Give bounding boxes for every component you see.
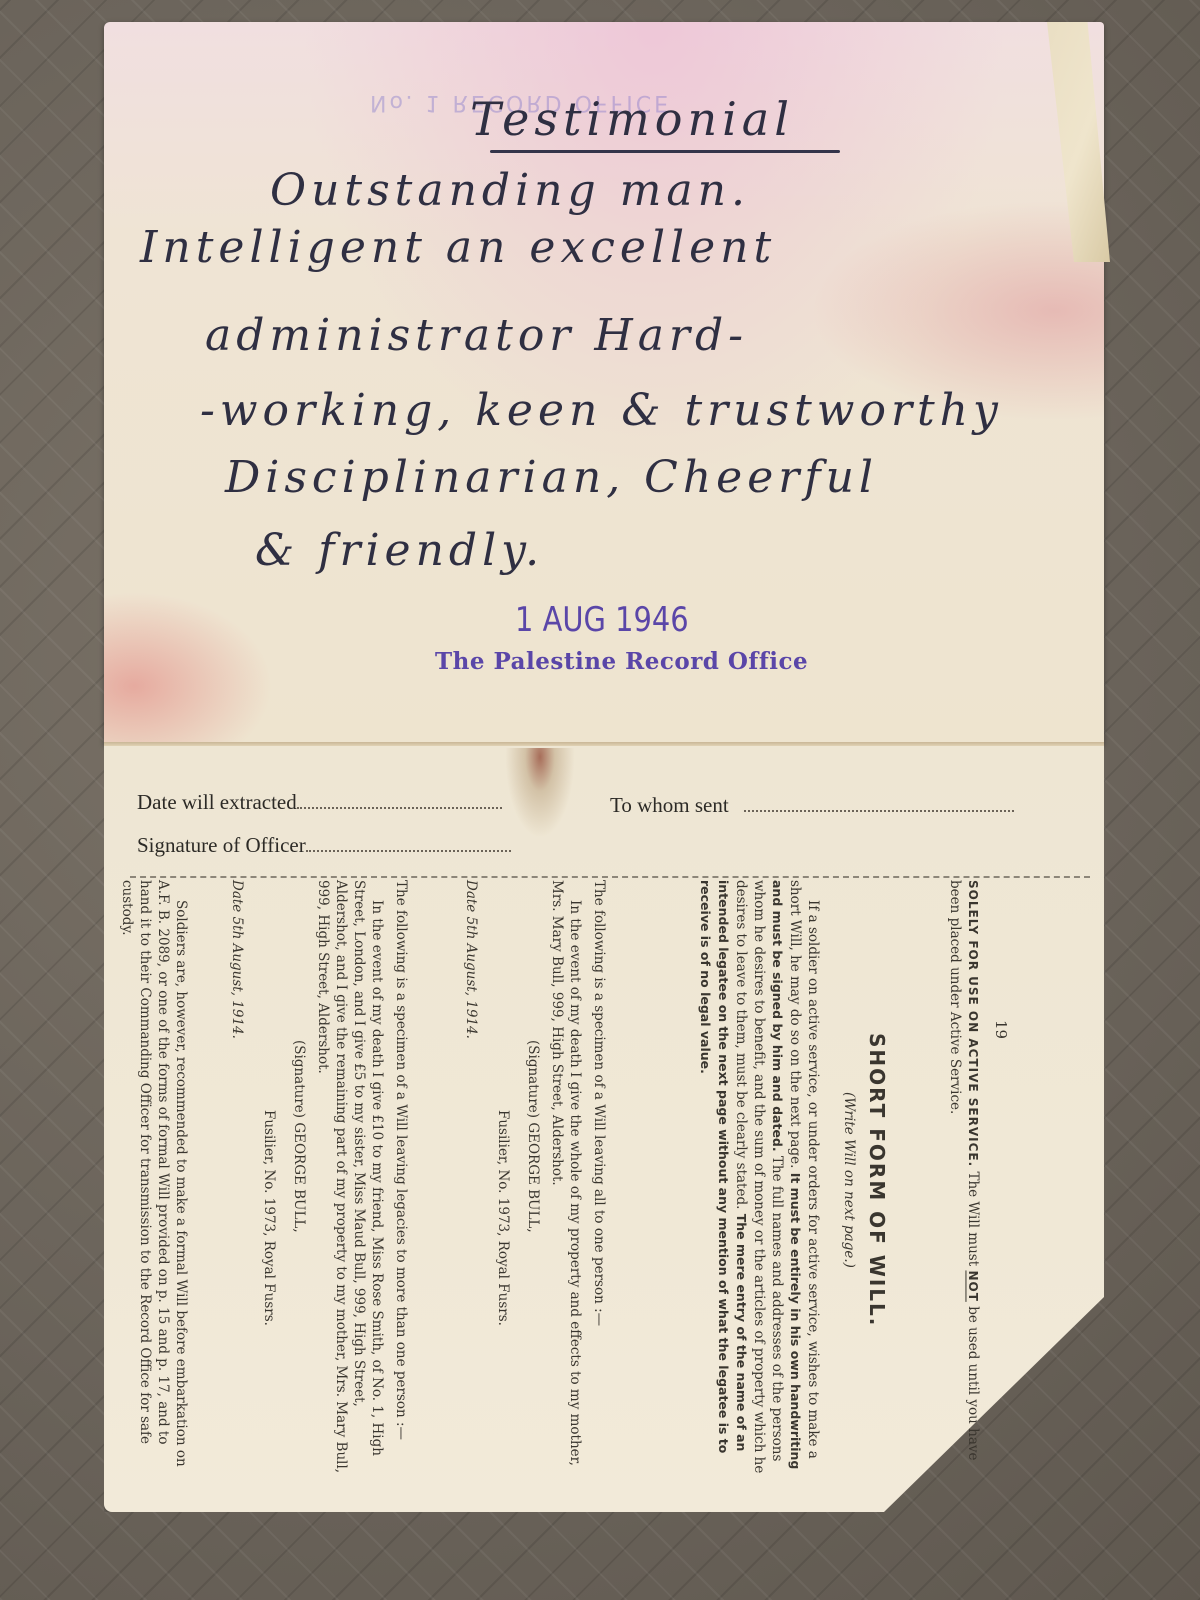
specimen-2-signature: (Signature) GEORGE BULL,	[290, 880, 308, 1480]
specimen-1-date: Date 5th August, 1914.	[462, 880, 480, 1480]
short-form-heading: SHORT FORM OF WILL.	[868, 880, 886, 1480]
specimen-1-rank: Fusilier, No. 1973, Royal Fusrs.	[494, 880, 512, 1480]
handwritten-line-5: Disciplinarian, Cheerful	[225, 452, 878, 503]
specimen-2-body: In the event of my death I give £10 to m…	[314, 880, 386, 1480]
date-will-extracted-field: Date will extracted	[137, 790, 502, 815]
handwritten-line-6: & friendly.	[255, 525, 544, 576]
specimen-1-body: In the event of my death I give the whol…	[548, 880, 584, 1480]
instructions-column: If a soldier on active service, or under…	[622, 880, 822, 1480]
title-underline	[490, 150, 840, 153]
closing-column: Soldiers are, however, recommended to ma…	[112, 880, 190, 1480]
notice-caps: SOLELY FOR USE ON ACTIVE SERVICE.	[966, 880, 980, 1167]
handwritten-line-1: Outstanding man.	[270, 165, 750, 216]
specimen-1-intro: The following is a specimen of a Will le…	[590, 880, 608, 1480]
folded-corner	[1020, 22, 1110, 262]
to-whom-sent-field: To whom sent	[610, 793, 1014, 818]
handwritten-line-3: administrator Hard-	[205, 310, 748, 361]
notice-text-1: The Will must	[965, 1171, 981, 1266]
perforation-line	[130, 876, 1090, 878]
page-fold	[104, 742, 1104, 746]
signature-of-officer-label: Signature of Officer	[137, 833, 306, 857]
office-stamp: The Palestine Record Office	[435, 648, 808, 675]
date-will-extracted-blank	[297, 807, 502, 809]
instructions-paragraph: If a soldier on active service, or under…	[696, 880, 822, 1480]
specimen-2-column: The following is a specimen of a Will le…	[220, 880, 410, 1480]
handwritten-title: Testimonial	[470, 92, 794, 146]
to-whom-sent-blank	[744, 810, 1014, 812]
specimen-1-column: The following is a specimen of a Will le…	[454, 880, 608, 1480]
notice-column: SOLELY FOR USE ON ACTIVE SERVICE. The Wi…	[940, 880, 982, 1480]
date-stamp: 1 AUG 1946	[515, 600, 689, 640]
signature-of-officer-field: Signature of Officer	[137, 833, 511, 858]
handwritten-line-4: -working, keen & trustworthy	[200, 385, 1003, 436]
signature-of-officer-blank	[306, 850, 511, 852]
page-number-column: 19	[982, 880, 1010, 1480]
specimen-2-date: Date 5th August, 1914.	[228, 880, 246, 1480]
active-service-notice: SOLELY FOR USE ON ACTIVE SERVICE. The Wi…	[946, 880, 982, 1480]
date-will-extracted-label: Date will extracted	[137, 790, 297, 814]
specimen-2-rank: Fusilier, No. 1973, Royal Fusrs.	[260, 880, 278, 1480]
to-whom-sent-label: To whom sent	[610, 793, 729, 817]
handwritten-line-2: Intelligent an excellent	[140, 222, 776, 273]
specimen-2-intro: The following is a specimen of a Will le…	[392, 880, 410, 1480]
specimen-1-signature: (Signature) GEORGE BULL,	[524, 880, 542, 1480]
heading-column: SHORT FORM OF WILL. (Write Will on next …	[836, 880, 900, 1480]
write-will-note: (Write Will on next page.)	[840, 880, 858, 1480]
short-form-of-will-section: 19 SOLELY FOR USE ON ACTIVE SERVICE. The…	[120, 880, 1000, 1490]
notice-not: NOT	[966, 1270, 980, 1301]
stain-mark	[505, 748, 575, 838]
closing-paragraph: Soldiers are, however, recommended to ma…	[118, 880, 190, 1480]
page-number: 19	[992, 880, 1010, 1480]
